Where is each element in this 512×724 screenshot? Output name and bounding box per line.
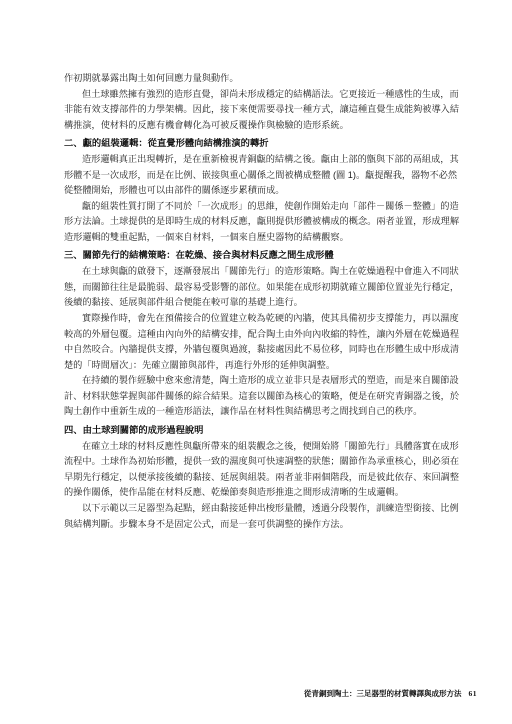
body-text-line: 在確立土球的材料反應性與甗所帶來的組裝觀念之後，便開始將「關節先行」具體落實在成… <box>64 439 458 455</box>
section-heading: 四、由土球到關節的成形過程說明 <box>64 423 458 439</box>
body-text-line: 態，而關節往往是最脆弱、最容易受影響的部位。如果能在成形初期就確立關節位置並先行… <box>64 280 458 296</box>
body-text-line: 以下示範以三足器型為起點，經由黏接延伸出梭形量體，透過分段製作，訓練造型銜接、比… <box>64 501 458 517</box>
body-text-line: 流程中。土球作為初始形體，提供一致的濕度與可快速調整的狀態；關節作為承重核心，則… <box>64 454 458 470</box>
body-text-line: 造形邏輯真正出現轉折，是在重新檢視青銅甗的結構之後。甗由上部的甑與下部的鬲組成，… <box>64 152 458 168</box>
body-text-line: 後續的黏接、延展與部件組合便能在較可靠的基礎上進行。 <box>64 295 458 311</box>
document-page: 作初期就暴露出陶土如何回應力量與動作。但土球雖然擁有強烈的造形直覺，卻尚未形成穩… <box>0 0 512 724</box>
body-text-line: 陶土創作中重新生成的一種造形語法，讓作品在材料性與結構思考之間找到自己的秩序。 <box>64 404 458 420</box>
body-text-line: 楚的「時間層次」：先確立關節與部件，再進行外形的延伸與調整。 <box>64 358 458 374</box>
body-text-line: 作初期就暴露出陶土如何回應力量與動作。 <box>64 71 458 87</box>
section-heading: 二、甗的組裝邏輯：從直覺形體向結構推演的轉折 <box>64 136 458 152</box>
body-text-line: 計、材料狀態掌握與部件關係的綜合結果。這套以關節為核心的策略，便是在研究青銅器之… <box>64 389 458 405</box>
body-text-line: 與結構判斷。步驟本身不是固定公式，而是一套可供調整的操作方法。 <box>64 517 458 533</box>
body-text-line: 構推演，使材料的反應有機會轉化為可被反覆操作與檢驗的造形系統。 <box>64 118 458 134</box>
section-heading: 三、關節先行的結構策略：在乾燥、接合與材料反應之間生成形體 <box>64 248 458 264</box>
body-text-line: 從整體開始，形體也可以由部件的關係逐步累積而成。 <box>64 183 458 199</box>
body-text-line: 早期先行穩定，以便承接後續的黏接、延展與組裝。兩者並非兩個階段，而是彼此依存、來… <box>64 470 458 486</box>
page-footer: 從青銅到陶土：三足器型的材質轉譯與成形方法61 <box>304 688 477 699</box>
running-title: 從青銅到陶土：三足器型的材質轉譯與成形方法 <box>304 689 462 698</box>
body-text-line: 實際操作時，會先在預備接合的位置建立較為乾硬的內牆，使其具備初步支撐能力，再以濕… <box>64 311 458 327</box>
page-number: 61 <box>469 689 478 698</box>
body-text-line: 造形邏輯的雙重起點，一個來自材料，一個來自歷史器物的結構觀察。 <box>64 230 458 246</box>
body-text-line: 在土球與甗的啟發下，逐漸發展出「關節先行」的造形策略。陶土在乾燥過程中會進入不同… <box>64 264 458 280</box>
body-text-line: 甗的組裝性質打開了不同於「一次成形」的思維，使創作開始走向「部件－關係－整體」的… <box>64 199 458 215</box>
text-block: 作初期就暴露出陶土如何回應力量與動作。但土球雖然擁有強烈的造形直覺，卻尚未形成穩… <box>64 71 458 532</box>
body-text-line: 較高的外層包覆。這種由內向外的結構安排，配合陶土由外向內收縮的特性，讓內外層在乾… <box>64 327 458 343</box>
body-text-line: 但土球雖然擁有強烈的造形直覺，卻尚未形成穩定的結構語法。它更接近一種感性的生成，… <box>64 87 458 103</box>
body-text-line: 中自然咬合。內牆提供支撐，外牆包覆與過渡，黏接處因此不易位移，同時也在形體生成中… <box>64 342 458 358</box>
body-text-line: 在持續的製作經驗中愈來愈清楚，陶土造形的成立並非只是表層形式的塑造，而是來自關節… <box>64 373 458 389</box>
body-text-line: 的操作關係，使作品能在材料反應、乾燥節奏與造形推進之間形成清晰的生成邏輯。 <box>64 485 458 501</box>
body-text-line: 非能有效支撐部件的力學架構。因此，接下來便需要尋找一種方式，讓這種直覺生成能夠被… <box>64 102 458 118</box>
body-text-line: 形方法論。土球提供的是即時生成的材料反應，甗則提供形體被構成的概念。兩者並置，形… <box>64 214 458 230</box>
body-text-line: 形體不是一次成形，而是在比例、嵌接與重心關係之間被構成整體 (圖 1)。甗提醒我… <box>64 168 458 184</box>
